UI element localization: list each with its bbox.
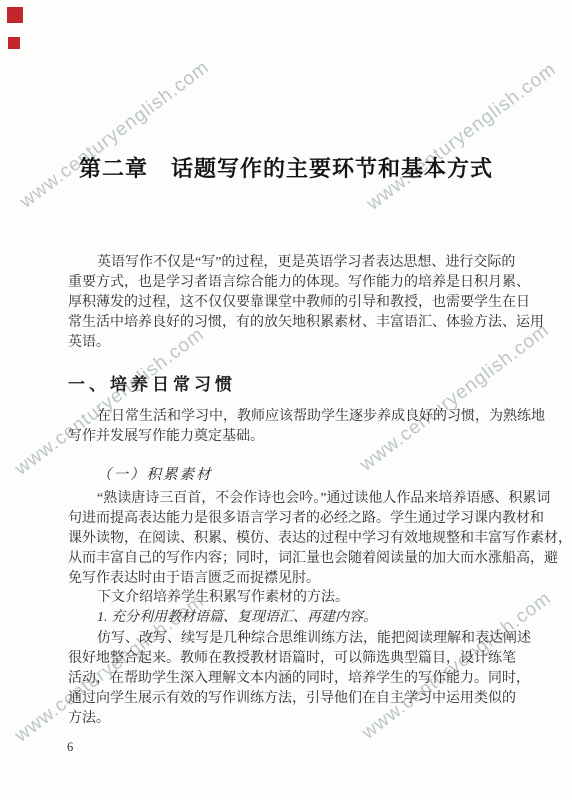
text-line: 仿写、改写、续写是几种综合思维训练方法，能把阅读理解和表达阐述 — [68, 629, 514, 649]
text-line: 句进而提高表达能力是很多语言学习者的必经之路。学生通过学习课内教材和 — [68, 509, 514, 529]
text-line: 1. 充分利用教材语篇、复现语汇、再建内容。 — [68, 608, 514, 628]
text-line: 重要方式，也是学习者语言综合能力的体现。写作能力的培养是日积月累、 — [68, 273, 514, 293]
text-line: 写作并发展写作能力奠定基础。 — [68, 427, 514, 447]
red-corner-mark-top — [7, 7, 23, 23]
document-page: www.centuryenglish.comwww.centuryenglish… — [0, 0, 572, 800]
subsection-heading: （一）积累素材 — [97, 463, 213, 484]
text-line: 免写作表达时由于语言匮乏而捉襟见肘。 — [68, 569, 514, 589]
method-item: 1. 充分利用教材语篇、复现语汇、再建内容。 — [68, 608, 514, 628]
red-corner-mark-bottom — [8, 37, 20, 49]
text-line: 很好地整合起来。教师在教授教材语篇时，可以筛选典型篇目，设计练笔 — [68, 649, 514, 669]
chapter-title: 第二章 话题写作的主要环节和基本方式 — [0, 152, 572, 183]
watermark-text: www.centuryenglish.com — [16, 57, 214, 214]
text-line: 通过向学生展示有效的写作训练方法，引导他们在自主学习中运用类似的 — [68, 689, 514, 709]
watermark-text: www.centuryenglish.com — [363, 59, 561, 216]
text-line: “熟读唐诗三百首，不会作诗也会吟。”通过读他人作品来培养语感、积累词 — [68, 489, 514, 509]
page-number: 6 — [67, 740, 73, 755]
text-line: 在日常生活和学习中，教师应该帮助学生逐步养成良好的习惯，为熟练地 — [68, 407, 514, 427]
section-heading: 一、培养日常习惯 — [68, 370, 236, 395]
section-paragraph: 在日常生活和学习中，教师应该帮助学生逐步养成良好的习惯，为熟练地 写作并发展写作… — [68, 407, 514, 447]
text-line: 下文介绍培养学生积累写作素材的方法。 — [68, 588, 514, 608]
text-line: 活动，在帮助学生深入理解文本内涵的同时，培养学生的写作能力。同时， — [68, 669, 514, 689]
intro-paragraph: 英语写作不仅是“写”的过程，更是英语学习者表达思想、进行交际的 重要方式，也是学… — [68, 253, 514, 353]
text-line: 课外读物，在阅读、积累、模仿、表达的过程中学习有效地规整和丰富写作素材， — [68, 529, 514, 549]
text-line: 英语。 — [68, 333, 514, 353]
text-line: 英语写作不仅是“写”的过程，更是英语学习者表达思想、进行交际的 — [68, 253, 514, 273]
method-paragraph: 仿写、改写、续写是几种综合思维训练方法，能把阅读理解和表达阐述 很好地整合起来。… — [68, 629, 514, 729]
subsection-paragraph: “熟读唐诗三百首，不会作诗也会吟。”通过读他人作品来培养语感、积累词 句进而提高… — [68, 489, 514, 589]
text-line: 常生活中培养良好的习惯，有的放矢地积累素材、丰富语汇、体验方法、运用 — [68, 313, 514, 333]
text-line: 方法。 — [68, 709, 514, 729]
text-line: 从而丰富自己的写作内容；同时，词汇量也会随着阅读量的加大而水涨船高，避 — [68, 549, 514, 569]
text-line: 厚积薄发的过程，这不仅仅要靠课堂中教师的引导和教授，也需要学生在日 — [68, 293, 514, 313]
lead-line: 下文介绍培养学生积累写作素材的方法。 — [68, 588, 514, 608]
